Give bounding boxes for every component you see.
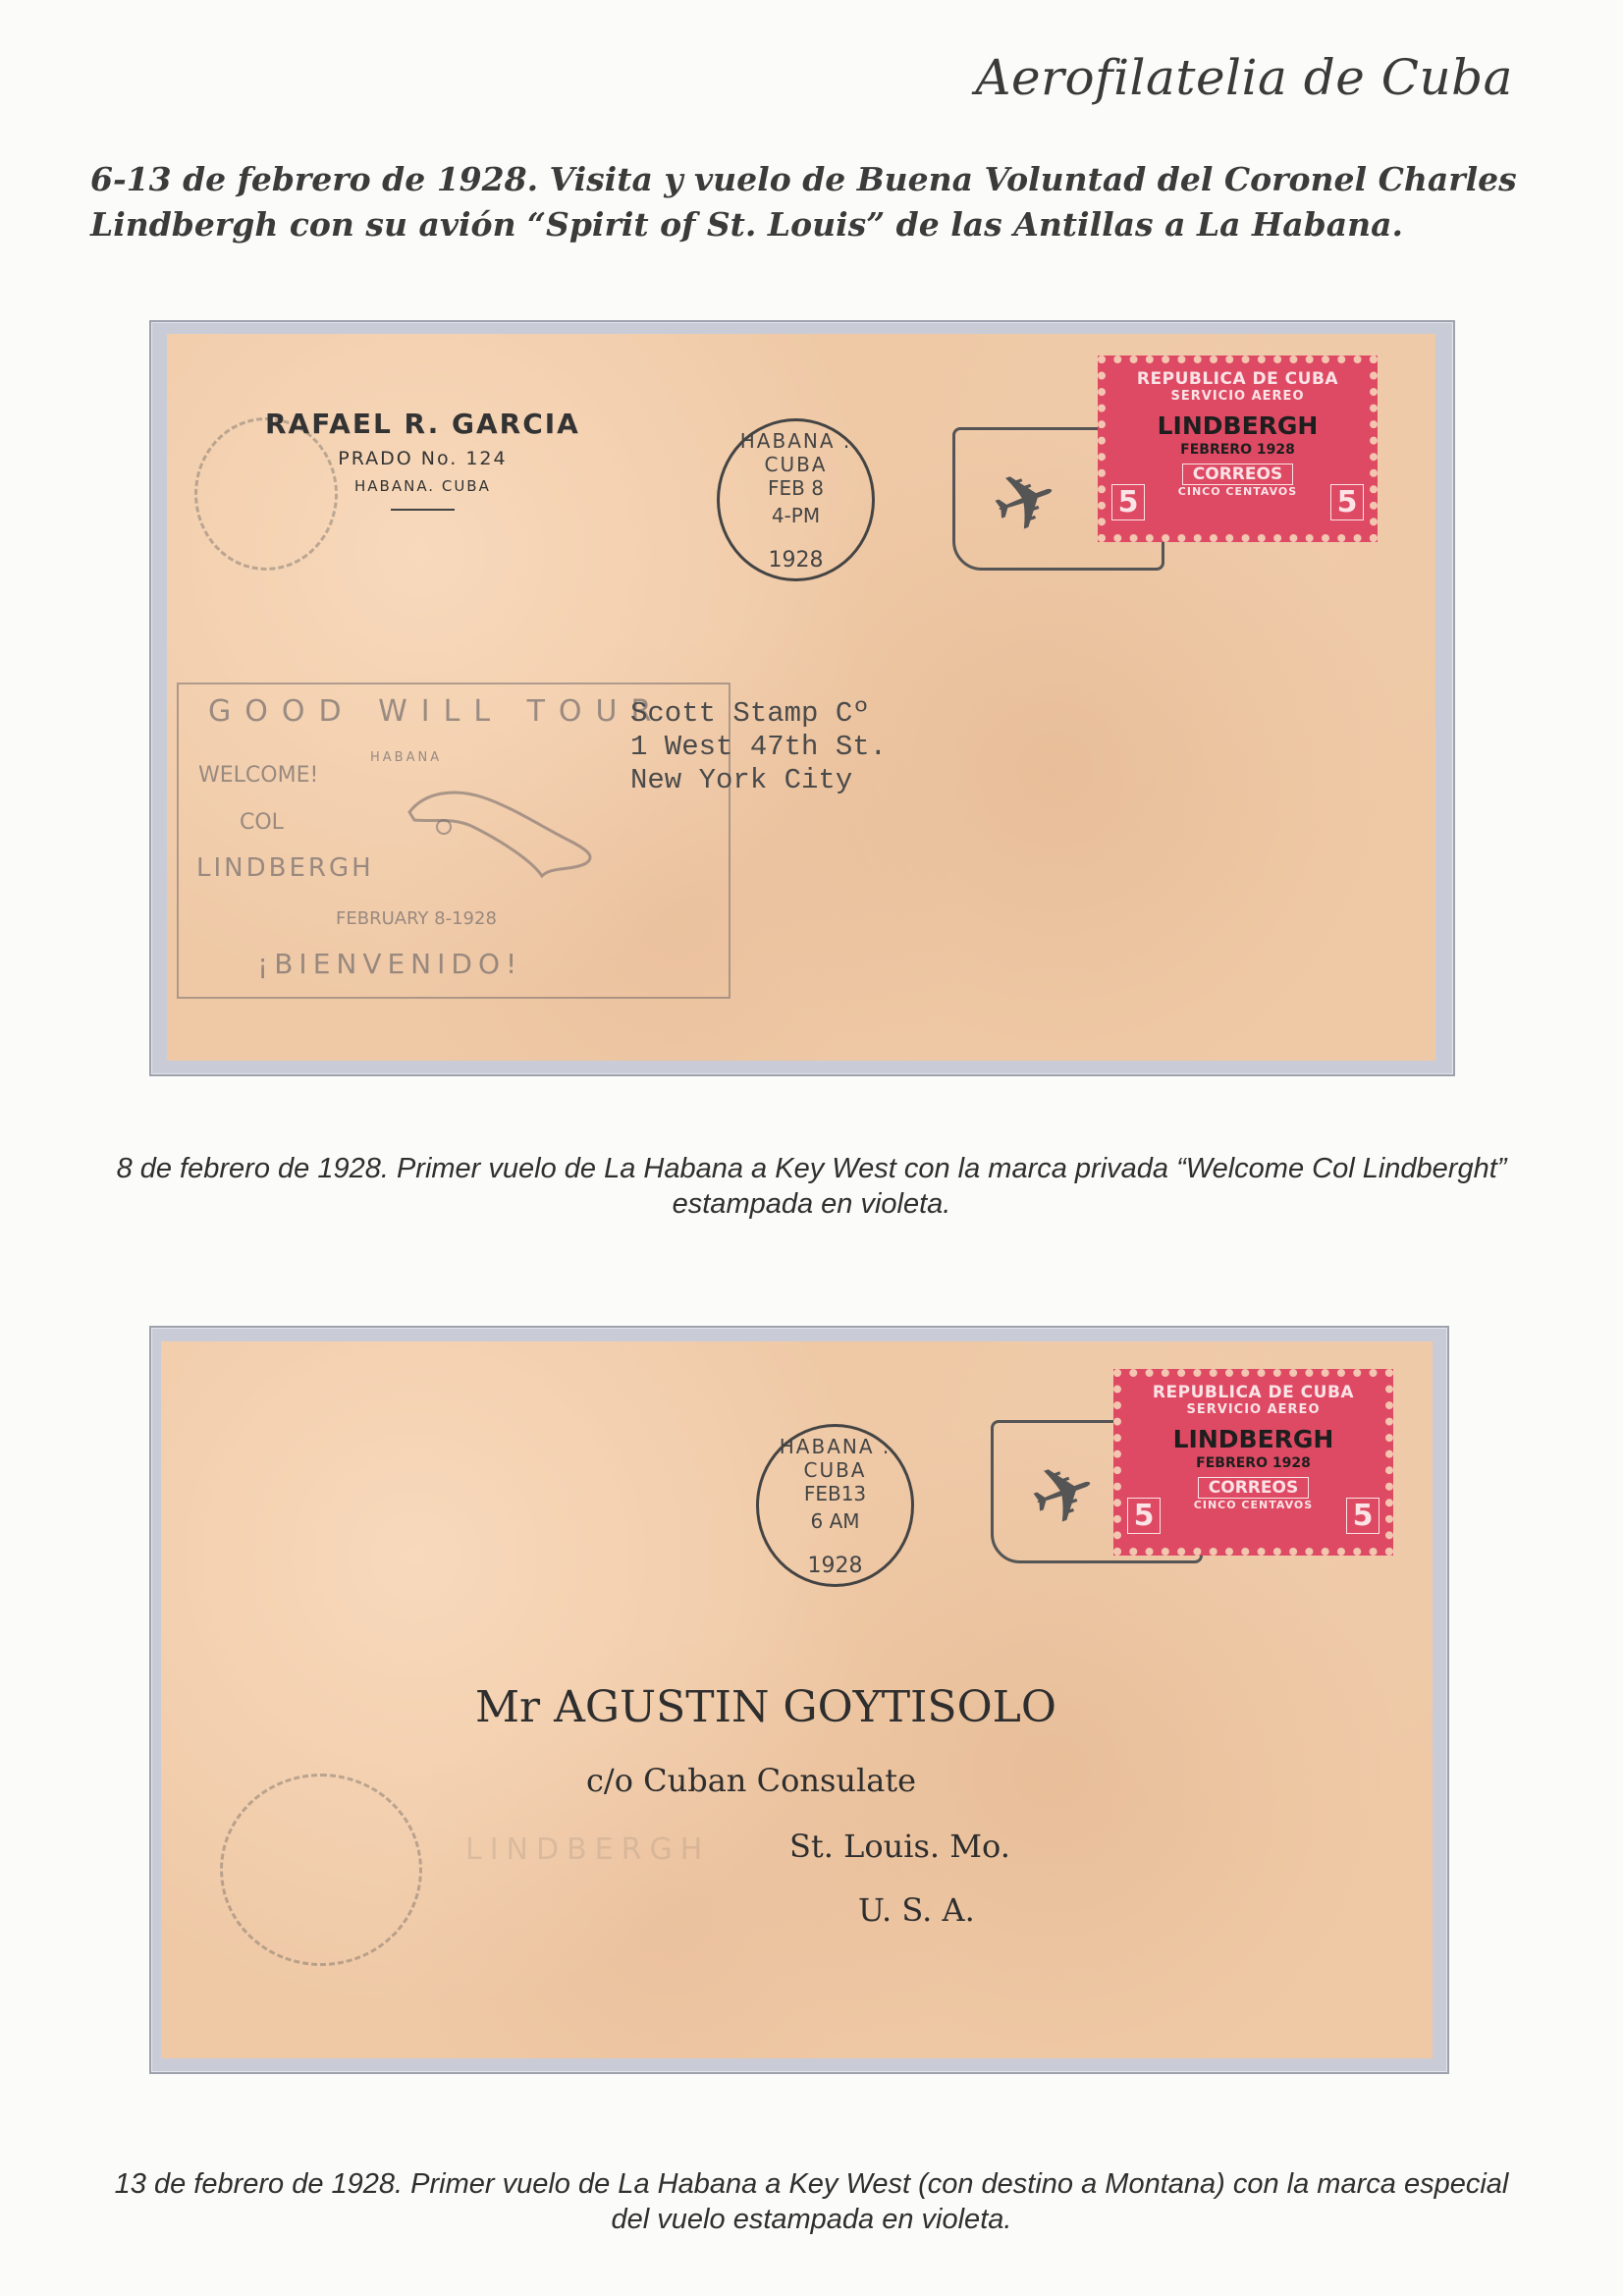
recipient-address: Scott Stamp Cº 1 West 47th St. New York …: [630, 697, 887, 797]
sender-address: PRADO No. 124: [265, 448, 580, 469]
postmark-year: 1928: [759, 1554, 911, 1578]
cuba-map-icon: [405, 783, 601, 891]
cachet-bienvenido: ¡BIENVENIDO!: [257, 948, 522, 980]
stamp-subheader: SERVICIO AEREO: [1106, 389, 1370, 404]
address-line: New York City: [630, 764, 887, 797]
airmail-stamp: REPUBLICA DE CUBA SERVICIO AEREO LINDBER…: [1098, 355, 1378, 542]
address-line: 1 West 47th St.: [630, 731, 887, 764]
postmark-date: FEB 8: [720, 476, 872, 500]
stamp-label: CORREOS: [1198, 1477, 1309, 1499]
caption-cover-1: 8 de febrero de 1928. Primer vuelo de La…: [98, 1151, 1525, 1222]
sender-divider: [391, 509, 455, 511]
cachet-title: GOOD WILL TOUR: [208, 694, 665, 729]
stamp-header: REPUBLICA DE CUBA: [1106, 369, 1370, 389]
stamp-label: CORREOS: [1182, 464, 1293, 485]
faint-backstamp-icon: [220, 1774, 422, 1966]
postmark-ring-text: HABANA . CUBA: [720, 429, 872, 476]
cover-1-envelope: RAFAEL R. GARCIA PRADO No. 124 HABANA. C…: [167, 334, 1435, 1061]
postmark: HABANA . CUBA FEB13 6 AM 1928: [756, 1424, 914, 1587]
cachet-place: HABANA: [370, 750, 442, 765]
postmark-year: 1928: [720, 548, 872, 573]
page-title: Aerofilatelia de Cuba: [975, 49, 1513, 106]
stamp-overprint: LINDBERGH: [1121, 1425, 1385, 1453]
addressee-line: U. S. A.: [858, 1891, 975, 1929]
sender-city: HABANA. CUBA: [265, 477, 580, 495]
address-line: Scott Stamp Cº: [630, 697, 887, 731]
stamp-value-right: 5: [1346, 1498, 1380, 1534]
faint-lindbergh-mark: LINDBERGH: [465, 1832, 710, 1867]
airplane-icon: ✈: [979, 447, 1072, 555]
postmark-ring-text: HABANA . CUBA: [759, 1435, 911, 1482]
page-headline: 6-13 de febrero de 1928. Visita y vuelo …: [90, 157, 1543, 247]
stamp-overprint: LINDBERGH: [1106, 411, 1370, 440]
stamp-header: REPUBLICA DE CUBA: [1121, 1383, 1385, 1402]
stamp-value-right: 5: [1330, 484, 1364, 520]
addressee-line: St. Louis. Mo.: [789, 1828, 1010, 1865]
cachet-name: LINDBERGH: [196, 853, 374, 883]
stamp-overprint-date: FEBRERO 1928: [1121, 1455, 1385, 1471]
stamp-subheader: SERVICIO AEREO: [1121, 1402, 1385, 1417]
caption-cover-2: 13 de febrero de 1928. Primer vuelo de L…: [98, 2166, 1525, 2237]
stamp-value-left: 5: [1127, 1498, 1161, 1534]
cachet-col: COL: [240, 810, 284, 835]
sender-block: RAFAEL R. GARCIA PRADO No. 124 HABANA. C…: [265, 408, 580, 511]
addressee-line: c/o Cuban Consulate: [586, 1762, 916, 1799]
postmark-date: FEB13: [759, 1482, 911, 1505]
cover-2-envelope: LINDBERGH HABANA . CUBA FEB13 6 AM 1928 …: [161, 1341, 1433, 2058]
airmail-stamp: REPUBLICA DE CUBA SERVICIO AEREO LINDBER…: [1113, 1369, 1393, 1556]
airplane-icon: ✈: [1017, 1440, 1110, 1548]
stamp-overprint-date: FEBRERO 1928: [1106, 442, 1370, 458]
sender-name: RAFAEL R. GARCIA: [265, 408, 580, 440]
cachet-date: FEBRUARY 8-1928: [336, 908, 497, 929]
postmark-time: 6 AM: [759, 1509, 911, 1533]
postmark: HABANA . CUBA FEB 8 4-PM 1928: [717, 418, 875, 581]
postmark-time: 4-PM: [720, 504, 872, 527]
addressee-name: Mr AGUSTIN GOYTISOLO: [475, 1682, 1056, 1732]
stamp-value-left: 5: [1111, 484, 1145, 520]
cachet-welcome: WELCOME!: [198, 763, 318, 788]
